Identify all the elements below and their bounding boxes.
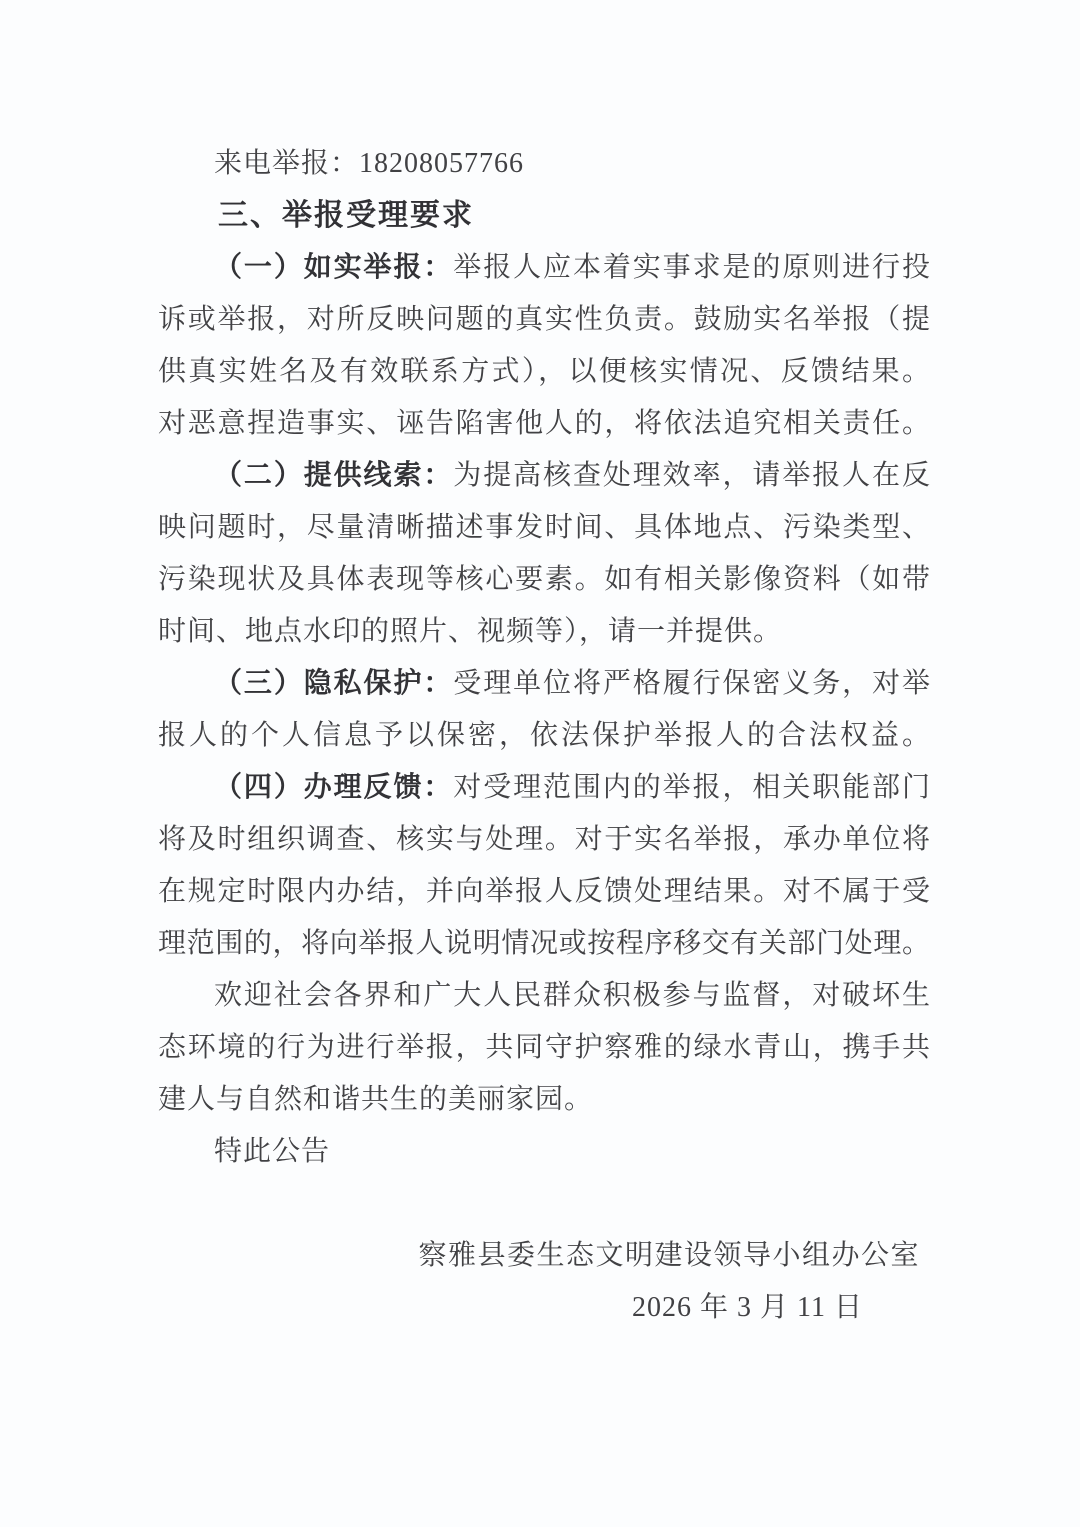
paragraph-line: 时间、地点水印的照片、视频等），请一并提供。 bbox=[158, 606, 930, 658]
paragraph-line: 欢迎社会各界和广大人民群众积极参与监督，对破坏生 bbox=[158, 970, 930, 1022]
paragraph-line: 报人的个人信息予以保密，依法保护举报人的合法权益。 bbox=[158, 710, 930, 762]
paragraph-line: （一）如实举报：举报人应本着实事求是的原则进行投 bbox=[158, 242, 930, 294]
signature-line: 察雅县委生态文明建设领导小组办公室 bbox=[158, 1230, 930, 1282]
paragraph-line: （三）隐私保护：受理单位将严格履行保密义务，对举 bbox=[158, 658, 930, 710]
section-heading: 三、举报受理要求 bbox=[158, 190, 930, 242]
paragraph-line: （二）提供线索：为提高核查处理效率，请举报人在反 bbox=[158, 450, 930, 502]
document-page: { "page": { "background": "#fcfdfe", "te… bbox=[0, 0, 1080, 1527]
document-body: 来电举报：18208057766三、举报受理要求（一）如实举报：举报人应本着实事… bbox=[158, 138, 930, 1178]
paragraph-lead: （四）办理反馈： bbox=[214, 772, 453, 803]
paragraph-line: 映问题时，尽量清晰描述事发时间、具体地点、污染类型、 bbox=[158, 502, 930, 554]
announcement-document: 来电举报：18208057766三、举报受理要求（一）如实举报：举报人应本着实事… bbox=[0, 0, 1080, 1334]
paragraph-line: 对恶意捏造事实、诬告陷害他人的，将依法追究相关责任。 bbox=[158, 398, 930, 450]
paragraph-line: 建人与自然和谐共生的美丽家园。 bbox=[158, 1074, 930, 1126]
paragraph-line: 供真实姓名及有效联系方式），以便核实情况、反馈结果。 bbox=[158, 346, 930, 398]
paragraph-lead: （一）如实举报： bbox=[214, 252, 453, 283]
paragraph-line: 诉或举报，对所反映问题的真实性负责。鼓励实名举报（提 bbox=[158, 294, 930, 346]
paragraph-lead: （二）提供线索： bbox=[214, 460, 453, 491]
paragraph-line: 污染现状及具体表现等核心要素。如有相关影像资料（如带 bbox=[158, 554, 930, 606]
paragraph-line: 将及时组织调查、核实与处理。对于实名举报，承办单位将 bbox=[158, 814, 930, 866]
signature-block: 察雅县委生态文明建设领导小组办公室 2026 年 3 月 11 日 bbox=[158, 1230, 930, 1334]
paragraph-line: 在规定时限内办结，并向举报人反馈处理结果。对不属于受 bbox=[158, 866, 930, 918]
paragraph-lead: （三）隐私保护： bbox=[214, 668, 453, 699]
paragraph-line: 理范围的，将向举报人说明情况或按程序移交有关部门处理。 bbox=[158, 918, 930, 970]
phone-report-line: 来电举报：18208057766 bbox=[158, 138, 930, 190]
paragraph-line: （四）办理反馈：对受理范围内的举报，相关职能部门 bbox=[158, 762, 930, 814]
date-line: 2026 年 3 月 11 日 bbox=[158, 1282, 930, 1334]
paragraph-line: 态环境的行为进行举报，共同守护察雅的绿水青山，携手共 bbox=[158, 1022, 930, 1074]
closing-line: 特此公告 bbox=[158, 1126, 930, 1178]
